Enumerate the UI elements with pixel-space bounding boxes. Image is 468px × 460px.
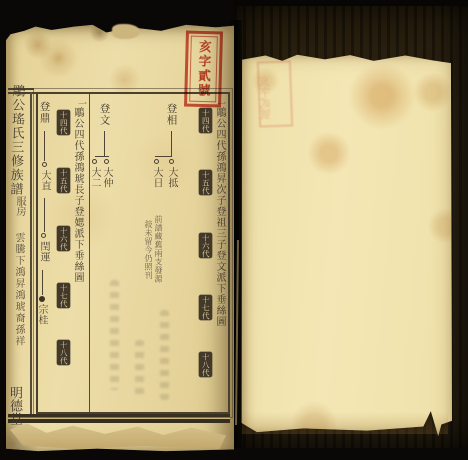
generation-label: 十七代 <box>57 283 70 308</box>
descendant-marker-circle <box>154 159 159 164</box>
generation-label: 十八代 <box>199 352 212 377</box>
connector-line <box>155 156 172 157</box>
ancestor-name: 登相 <box>166 103 177 131</box>
note-column: 敍未留今仍照刊 <box>144 220 152 314</box>
torn-edge-fragment <box>112 24 140 39</box>
section-divider <box>89 94 90 412</box>
generation-label: 十五代 <box>57 168 70 193</box>
connector-line <box>104 131 105 157</box>
spine-branch-line: 雲騰下鴻昇鴻琥裔孫祥 <box>13 232 23 388</box>
ink-bleedthrough <box>160 310 169 400</box>
descendant-marker-filled <box>39 296 45 302</box>
descendant-name: 宗桂 <box>36 304 46 330</box>
descendant-name: 大直 <box>39 170 49 196</box>
red-seal-text: 亥字貳號 <box>196 40 210 101</box>
descendant-marker-circle <box>92 159 97 164</box>
red-seal-stamp: 亥字貳號 <box>184 31 223 108</box>
left-section-header: 鵰公四代孫鴻琥長子登媤派下垂絲圖 <box>72 107 82 295</box>
generation-label: 十七代 <box>199 295 212 320</box>
red-seal-border: 亥字貳號 <box>189 36 218 103</box>
descendant-name: 閏運 <box>38 241 48 269</box>
descendant-marker-circle <box>104 159 109 164</box>
ancestor-name: 登鼎 <box>39 101 50 131</box>
generation-label: 十四代 <box>199 108 212 133</box>
book-scan: 亥字貳號 鵰公瑤氏三修族譜 服房 雲騰下鴻昇鴻琥裔孫祥 明德堂 亥字貳號 一 鵰… <box>0 0 468 460</box>
seal-bleedthrough: 亥字貳號 <box>257 60 293 127</box>
connector-line <box>171 131 172 157</box>
connector-line <box>42 270 43 295</box>
generation-label: 十五代 <box>199 170 212 195</box>
ink-bleedthrough <box>110 280 119 390</box>
note-column: 前譜藏舊兩支發源 <box>154 215 162 317</box>
connector-line <box>44 131 45 161</box>
connector-line <box>44 198 45 232</box>
generation-label: 十四代 <box>57 110 70 135</box>
ink-bleedthrough <box>135 340 144 400</box>
descendant-name: 大抵 <box>166 167 176 193</box>
ancestor-name: 登文 <box>99 103 110 131</box>
spine-divider <box>30 92 32 414</box>
descendant-marker-circle <box>41 233 46 238</box>
connector-line <box>95 156 109 157</box>
generation-label: 十八代 <box>57 340 70 365</box>
right-section-header: 鵰公四代孫鴻昇次子登祖三子登文派下垂絲圖 <box>214 107 224 339</box>
frame-bottom-band <box>8 414 230 423</box>
descendant-name: 大二 <box>89 167 99 193</box>
generation-label: 十六代 <box>199 233 212 258</box>
descendant-name: 大日 <box>151 167 161 193</box>
page-shading <box>242 412 448 434</box>
descendant-marker-circle <box>42 162 47 167</box>
descendant-name: 大仲 <box>101 167 111 193</box>
spine-room-label: 服房 <box>14 196 24 226</box>
scan-edge <box>234 0 468 6</box>
descendant-marker-circle <box>169 159 174 164</box>
spine-hall-name: 明德堂 <box>8 386 21 448</box>
generation-label: 十六代 <box>57 226 70 251</box>
